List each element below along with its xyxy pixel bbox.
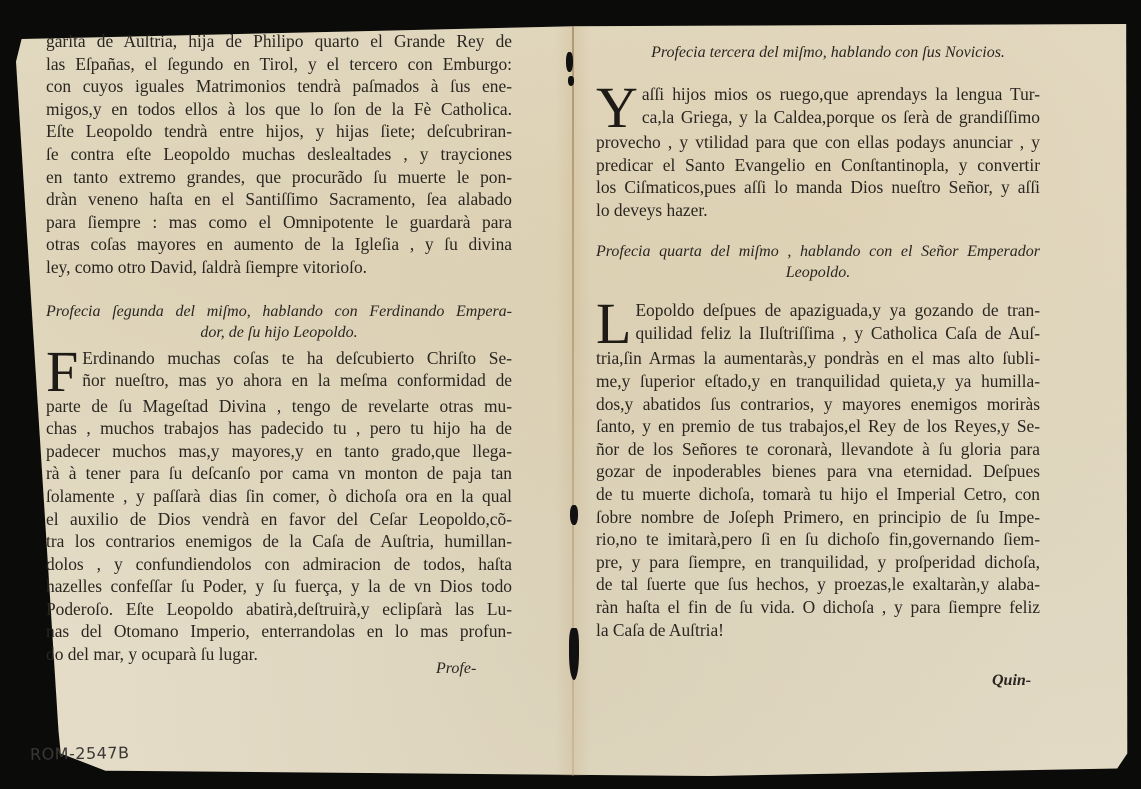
- text-line: otras coſas mayores en aumento de la Igl…: [46, 233, 512, 256]
- drop-cap: L: [596, 301, 631, 347]
- text-line: ley, como otro David, ſaldrà ſiempre vit…: [46, 256, 512, 279]
- text-line: rio,no te imitarà,pero ſi en ſu dichoſo …: [596, 528, 1040, 551]
- text-line: dolos , y confundiendolos con admiracion…: [46, 553, 512, 576]
- wormhole-mid: [570, 505, 578, 525]
- catchword-left: Profe-: [436, 660, 476, 678]
- drop-cap: F: [46, 349, 78, 395]
- text-line: ſobre nombre de Joſeph Primero, en princ…: [596, 506, 1040, 529]
- text-line: me,y ſuperior eſtado,y en tranquilidad q…: [596, 370, 1040, 393]
- left-top-paragraph: garita de Auſtria, hija de Philipo quart…: [46, 30, 512, 279]
- text-line: dos,y abatidos ſus contrarios, y mayores…: [596, 393, 1040, 416]
- text-line: Eopoldo deſpues de apaziguada,y ya gozan…: [596, 299, 1040, 322]
- text-line: ñor nueſtro, mas yo ahora en la meſma co…: [46, 369, 512, 392]
- text-line: padecer muchos mas,y mayores,y en tanto …: [46, 440, 512, 463]
- text-line: ſanto, y en premio de tus trabajos,el Re…: [596, 415, 1040, 438]
- text-line: migos,y en todos ellos à los que lo ſon …: [46, 98, 512, 121]
- text-line: dràn veneno haſta en el Santiſſimo Sacra…: [46, 188, 512, 211]
- text-line: la Caſa de Auſtria!: [596, 619, 1040, 642]
- text-line: aſſi hijos mios os ruego,que aprendays l…: [596, 83, 1040, 106]
- drop-cap: Y: [596, 85, 638, 131]
- paragraph-profecia-segunda: F Erdinando muchas coſas te ha deſcubier…: [46, 347, 512, 666]
- text-line: para ſiempre : mas como el Omnipotente l…: [46, 211, 512, 234]
- heading-line: Profecia quarta del miſmo , hablando con…: [596, 241, 1040, 262]
- text-line: con cuyos iguales Matrimonios tendrà paſ…: [46, 75, 512, 98]
- text-line: gozar de inpoderables bienes para vna et…: [596, 460, 1040, 483]
- text-line: de tal ſuerte que ſus hechos, y proezas,…: [596, 573, 1040, 596]
- text-line: Eſte Leopoldo tendrà entre hijos, y hija…: [46, 120, 512, 143]
- text-line: quilidad feliz la Iluſtriſſima , y Catho…: [596, 322, 1040, 345]
- text-line: pre, y para ſiempre, en tranquilidad, y …: [596, 551, 1040, 574]
- heading-line: dor, de ſu hijo Leopoldo.: [46, 322, 512, 343]
- text-line: parte de ſu Mageſtad Divina , tengo de r…: [46, 395, 512, 418]
- text-line: garita de Auſtria, hija de Philipo quart…: [46, 30, 512, 53]
- text-line: ñor de los Señores te coronarà, llevando…: [596, 438, 1040, 461]
- paragraph-profecia-quarta: L Eopoldo deſpues de apaziguada,y ya goz…: [596, 299, 1040, 641]
- text-line: de tu muerte dichoſa, tomarà tu hijo el …: [596, 483, 1040, 506]
- text-line: el auxilio de Dios vendrà en favor del C…: [46, 508, 512, 531]
- right-page: Profecia tercera del miſmo, hablando con…: [596, 42, 1040, 641]
- text-line: ràn haſta el fin de ſu vida. O dichoſa ,…: [596, 596, 1040, 619]
- text-line: provecho , y vtilidad para que con ellas…: [596, 131, 1040, 154]
- wormhole-upper: [568, 76, 574, 86]
- heading-line: Profecia ſegunda del miſmo, hablando con…: [46, 301, 512, 322]
- text-line: ca,la Griega, y la Caldea,porque os ſerà…: [596, 106, 1040, 129]
- text-line: chas , muchos trabajos has padecido tu ,…: [46, 417, 512, 440]
- text-line: predicar el Santo Evangelio en Conſtanti…: [596, 154, 1040, 177]
- heading-line: Profecia tercera del miſmo, hablando con…: [596, 42, 1040, 63]
- heading-profecia-tercera: Profecia tercera del miſmo, hablando con…: [596, 42, 1040, 63]
- shelfmark-label: ROM-2547B: [30, 743, 130, 764]
- left-page: garita de Auſtria, hija de Philipo quart…: [46, 30, 512, 666]
- text-line: las Eſpañas, el ſegundo en Tirol, y el t…: [46, 53, 512, 76]
- heading-profecia-quarta: Profecia quarta del miſmo , hablando con…: [596, 241, 1040, 283]
- text-line: ſe contra eſte Leopoldo muchas deslealta…: [46, 143, 512, 166]
- heading-profecia-segunda: Profecia ſegunda del miſmo, hablando con…: [46, 301, 512, 343]
- wormhole-top: [566, 52, 573, 72]
- text-line: rà à tener para ſu deſcanſo por cama vn …: [46, 462, 512, 485]
- paragraph-profecia-tercera: Y aſſi hijos mios os ruego,que aprendays…: [596, 83, 1040, 221]
- wormhole-lower: [569, 628, 579, 680]
- text-line: hazelles confeſſar ſu Poder, y ſu fuerça…: [46, 575, 512, 598]
- text-line: ſolamente , y paſſarà dias ſin comer, ò …: [46, 485, 512, 508]
- text-line: Erdinando muchas coſas te ha deſcubierto…: [46, 347, 512, 370]
- text-line: nas del Otomano Imperio, enterrandolas e…: [46, 620, 512, 643]
- text-line: Poderoſo. Eſte Leopoldo abatirà,deſtruir…: [46, 598, 512, 621]
- text-line: tra los contrarios enemigos de la Caſa d…: [46, 530, 512, 553]
- catchword-right: Quin-: [992, 672, 1031, 690]
- text-line: tria,ſin Armas la aumentaràs,y pondràs e…: [596, 347, 1040, 370]
- text-line: los Ciſmaticos,pues aſſi lo manda Dios n…: [596, 176, 1040, 199]
- text-line: en tanto extremo grandes, que procurãdo …: [46, 166, 512, 189]
- heading-line: Leopoldo.: [596, 262, 1040, 283]
- text-line: lo deveys hazer.: [596, 199, 1040, 222]
